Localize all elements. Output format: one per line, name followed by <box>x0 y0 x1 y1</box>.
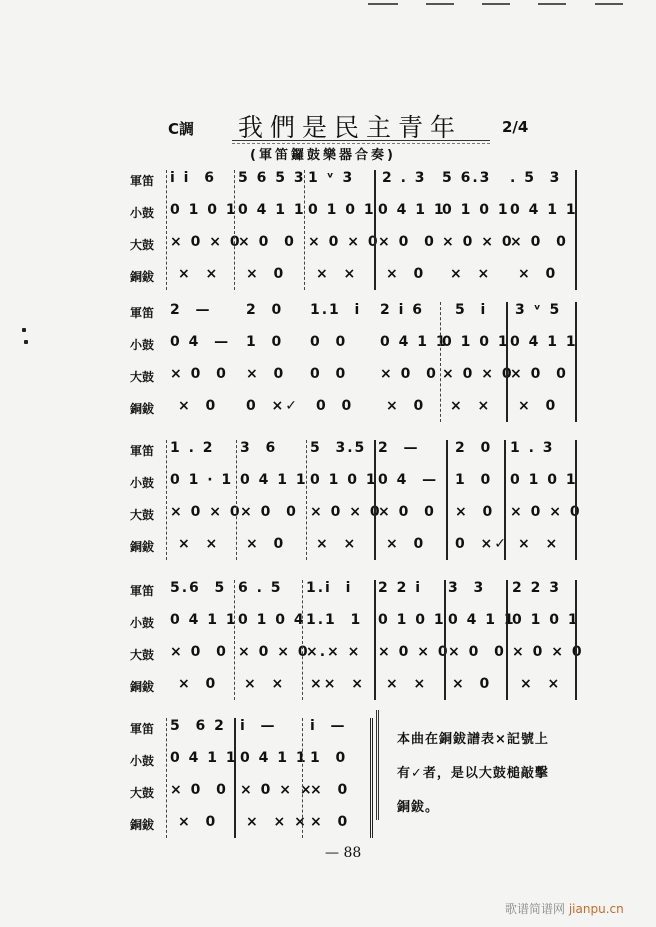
measure: × 0 <box>178 814 217 830</box>
measure: × 0 <box>178 398 217 414</box>
barline <box>374 170 376 290</box>
measure: 1.1 i <box>310 302 361 318</box>
row-flute: 軍笛 1 . 2 3 6 5 3.5 2 — 2 0 1 . 3 <box>130 440 580 468</box>
title-underline <box>232 140 490 141</box>
instrument-label: 小鼓 <box>130 614 166 631</box>
measure: × 0 <box>246 266 285 282</box>
row-flute: 軍笛 i i 6 5 6 5 3 1 ᵛ 3 2 . 3 5 6.3 . 5 3 <box>130 170 580 198</box>
barline <box>575 302 577 422</box>
instrument-label: 小鼓 <box>130 336 166 353</box>
measure: 0 4 — <box>170 334 230 350</box>
subtitle: (軍笛鑼鼓樂器合奏) <box>250 144 396 163</box>
instrument-label: 軍笛 <box>130 172 166 189</box>
measure: × 0 × 0 <box>238 644 310 660</box>
instrument-label: 銅鈸 <box>130 816 166 833</box>
measure: 5.6 5 <box>170 580 226 596</box>
final-barline <box>370 718 373 838</box>
measure: × 0 × 0 <box>510 504 582 520</box>
measure: × × <box>450 266 491 282</box>
instrument-label: 大鼓 <box>130 506 166 523</box>
top-rule <box>538 3 566 5</box>
barline <box>575 440 577 560</box>
measure: i — <box>310 718 347 734</box>
barline <box>166 718 167 838</box>
row-flute: 軍笛 2 — 2 0 1.1 i 2 i 6 5 i 3 ᵛ 5 <box>130 302 580 330</box>
measure: 0 1 0 1 <box>308 202 376 218</box>
measure: 0 4 1 1 <box>378 202 446 218</box>
measure: i — <box>240 718 277 734</box>
measure: × 0 × 0 <box>512 644 584 660</box>
row-bass-drum: 大鼓 × 0 0 × 0 × 0 ×.× × × 0 × 0 × 0 0 × 0… <box>130 644 580 672</box>
footnote-box: 本曲在銅鈸譜表×記號上 有✓者，是以大鼓槌敲擊 銅鈸。 <box>376 710 609 820</box>
measure: 3 ᵛ 5 <box>515 302 561 318</box>
row-bass-drum: 大鼓 × 0 × 0 × 0 0 × 0 × 0 × 0 0 × 0 × 0 ×… <box>130 234 580 262</box>
measure: × 0 <box>386 266 425 282</box>
measure: 2 i 6 <box>380 302 424 318</box>
measure: 0 1 0 1 <box>170 202 238 218</box>
instrument-label: 銅鈸 <box>130 268 166 285</box>
row-snare: 小鼓 0 1 · 1 0 4 1 1 0 1 0 1 0 4 — 1 0 0 1… <box>130 472 580 500</box>
measure: 0 1 · 1 <box>170 472 233 488</box>
instrument-label: 銅鈸 <box>130 678 166 695</box>
barline <box>306 440 307 560</box>
measure: × 0 0 <box>378 234 436 250</box>
measure: × 0 × 0 <box>170 234 242 250</box>
measure: 0 4 1 1 <box>238 202 306 218</box>
measure: × × <box>386 676 427 692</box>
measure: × 0 0 <box>170 644 228 660</box>
instrument-label: 小鼓 <box>130 474 166 491</box>
instrument-label: 軍笛 <box>130 442 166 459</box>
measure: × × <box>316 536 357 552</box>
measure: × 0 <box>246 536 285 552</box>
measure: 2 0 <box>246 302 283 318</box>
footnote-line: 有✓者，是以大鼓槌敲擊 <box>397 762 549 781</box>
measure: × 0 <box>310 782 349 798</box>
barline <box>234 580 235 700</box>
barline <box>302 580 303 700</box>
top-rule <box>482 3 510 5</box>
barline <box>166 170 167 290</box>
measure: × × × <box>246 814 308 830</box>
barline <box>440 302 441 422</box>
measure: × 0 <box>178 676 217 692</box>
song-title: 我們是民主青年 <box>238 108 462 144</box>
time-signature: 2/4 <box>502 118 528 136</box>
measure: × × <box>178 536 219 552</box>
measure: × 0 0 <box>170 366 228 382</box>
measure: 0 1 0 1 <box>310 472 378 488</box>
row-snare: 小鼓 0 4 1 1 0 1 0 4 1.1 1 0 1 0 1 0 4 1 1… <box>130 612 580 640</box>
measure: × × <box>316 266 357 282</box>
row-cymbal: 銅鈸 × 0 × × ×× × × × × 0 × × <box>130 676 580 704</box>
row-cymbal: 銅鈸 × × × 0 × × × 0 × × × 0 <box>130 266 580 294</box>
instrument-label: 大鼓 <box>130 784 166 801</box>
measure: × × <box>520 676 561 692</box>
measure: × 0 × 0 <box>310 504 382 520</box>
measure: 0 0 <box>316 398 353 414</box>
measure: × × <box>518 536 559 552</box>
measure: × 0 0 <box>238 234 296 250</box>
instrument-label: 大鼓 <box>130 646 166 663</box>
measure: × 0 0 <box>378 504 436 520</box>
measure: ×× × <box>310 676 365 692</box>
barline <box>374 580 376 700</box>
measure: . 5 3 <box>510 170 561 186</box>
measure: 0 4 1 1 <box>170 750 238 766</box>
measure: 0 4 1 1 <box>240 750 308 766</box>
row-cymbal: 銅鈸 × 0 0 ×✓ 0 0 × 0 × × × 0 <box>130 398 580 426</box>
measure: 1 0 <box>455 472 492 488</box>
measure: 0 0 <box>310 366 347 382</box>
barline <box>575 170 577 290</box>
instrument-label: 銅鈸 <box>130 400 166 417</box>
measure: × 0 0 <box>380 366 438 382</box>
measure: 5 3.5 <box>310 440 366 456</box>
title-block: C調 我們是民主青年 2/4 (軍笛鑼鼓樂器合奏) <box>0 108 656 168</box>
barline <box>446 440 448 560</box>
measure: 2 — <box>378 440 420 456</box>
measure: 0 1 0 1 <box>442 202 510 218</box>
measure: 2 . 3 <box>382 170 427 186</box>
measure: 2 — <box>170 302 212 318</box>
barline <box>234 170 235 290</box>
measure: × 0 <box>518 266 557 282</box>
measure: × 0 × 0 <box>442 366 514 382</box>
measure: 0 1 0 1 <box>442 334 510 350</box>
measure: 0 1 0 1 <box>378 612 446 628</box>
measure: × 0 <box>310 814 349 830</box>
measure: × 0 <box>518 398 557 414</box>
measure: 0 4 1 1 <box>240 472 308 488</box>
instrument-label: 小鼓 <box>130 204 166 221</box>
measure: × 0 <box>386 398 425 414</box>
measure: × × <box>450 398 491 414</box>
measure: × 0 0 <box>448 644 506 660</box>
row-bass-drum: 大鼓 × 0 0 × 0 0 0 × 0 0 × 0 × 0 × 0 0 <box>130 366 580 394</box>
row-snare: 小鼓 0 1 0 1 0 4 1 1 0 1 0 1 0 4 1 1 0 1 0… <box>130 202 580 230</box>
measure: 0 4 — <box>378 472 438 488</box>
row-flute: 軍笛 5.6 5 6 . 5 1.i i 2 2 i 3 3 2 2 3 <box>130 580 580 608</box>
barline <box>575 580 577 700</box>
instrument-label: 銅鈸 <box>130 538 166 555</box>
watermark: 歌谱简谱网 jianpu.cn <box>505 900 624 917</box>
instrument-label: 大鼓 <box>130 368 166 385</box>
measure: 1 . 2 <box>170 440 215 456</box>
measure: 1.i i <box>306 580 352 596</box>
margin-mark <box>22 328 26 332</box>
instrument-label: 軍笛 <box>130 720 166 737</box>
measure: 1 . 3 <box>510 440 555 456</box>
margin-mark <box>24 340 28 344</box>
measure: 0 1 0 1 <box>512 612 580 628</box>
barline <box>166 440 167 560</box>
measure: 0 4 1 1 <box>510 334 578 350</box>
measure: × 0 × 0 <box>378 644 450 660</box>
footnote-line: 本曲在銅鈸譜表×記號上 <box>397 728 549 747</box>
measure: 1 0 <box>310 750 347 766</box>
barline <box>234 718 236 838</box>
measure: 0 0 <box>310 334 347 350</box>
instrument-label: 大鼓 <box>130 236 166 253</box>
measure: × 0 0 <box>510 366 568 382</box>
measure: 1.1 1 <box>306 612 362 628</box>
measure: 2 2 i <box>378 580 422 596</box>
measure: 3 3 <box>448 580 485 596</box>
measure: 1 ᵛ 3 <box>308 170 354 186</box>
measure: 0 4 1 1 <box>380 334 448 350</box>
barline <box>444 580 446 700</box>
instrument-label: 小鼓 <box>130 752 166 769</box>
footnote-line: 銅鈸。 <box>397 796 439 815</box>
key-signature: C調 <box>168 118 194 139</box>
barline <box>302 718 303 838</box>
measure: × × <box>178 266 219 282</box>
row-snare: 小鼓 0 4 — 1 0 0 0 0 4 1 1 0 1 0 1 0 4 1 1 <box>130 334 580 362</box>
watermark-text: 歌谱简谱网 <box>505 902 565 916</box>
measure: 5 6 5 3 <box>238 170 306 186</box>
measure: 5 i <box>455 302 487 318</box>
measure: 6 . 5 <box>238 580 283 596</box>
measure: 1 0 <box>246 334 283 350</box>
instrument-label: 軍笛 <box>130 304 166 321</box>
measure: 0 1 0 4 <box>238 612 306 628</box>
measure: × 0 <box>455 504 494 520</box>
measure: × 0 × 0 <box>170 504 242 520</box>
measure: 5 6.3 <box>442 170 491 186</box>
watermark-url: jianpu.cn <box>569 902 624 916</box>
barline <box>304 170 305 290</box>
measure: ×.× × <box>306 644 361 660</box>
measure: × 0 <box>386 536 425 552</box>
measure: × 0 0 <box>510 234 568 250</box>
measure: 0 4 1 1 <box>170 612 238 628</box>
page-number: — 88 <box>325 845 361 861</box>
row-bass-drum: 大鼓 × 0 × 0 × 0 0 × 0 × 0 × 0 0 × 0 × 0 ×… <box>130 504 580 532</box>
barline <box>374 440 376 560</box>
measure: i i 6 <box>170 170 216 186</box>
measure: × 0 × 0 <box>442 234 514 250</box>
measure: × 0 <box>452 676 491 692</box>
instrument-label: 軍笛 <box>130 582 166 599</box>
measure: 0 ×✓ <box>246 398 299 414</box>
barline <box>506 302 508 422</box>
measure: 2 0 <box>455 440 492 456</box>
measure: × 0 0 <box>240 504 298 520</box>
measure: × × <box>244 676 285 692</box>
barline <box>504 440 506 560</box>
measure: × 0 <box>246 366 285 382</box>
measure: 3 6 <box>240 440 277 456</box>
top-rule <box>595 3 623 5</box>
measure: × 0 × 0 <box>308 234 380 250</box>
measure: 0 1 0 1 <box>510 472 578 488</box>
row-cymbal: 銅鈸 × × × 0 × × × 0 0 ×✓ × × <box>130 536 580 564</box>
measure: × 0 0 <box>170 782 228 798</box>
measure: 0 4 1 1 <box>510 202 578 218</box>
measure: 0 ×✓ <box>455 536 508 552</box>
measure: 5 6 2 <box>170 718 226 734</box>
top-rule <box>426 3 454 5</box>
top-rule <box>368 3 398 5</box>
measure: 2 2 3 <box>512 580 561 596</box>
barline <box>236 440 237 560</box>
barline <box>506 580 508 700</box>
